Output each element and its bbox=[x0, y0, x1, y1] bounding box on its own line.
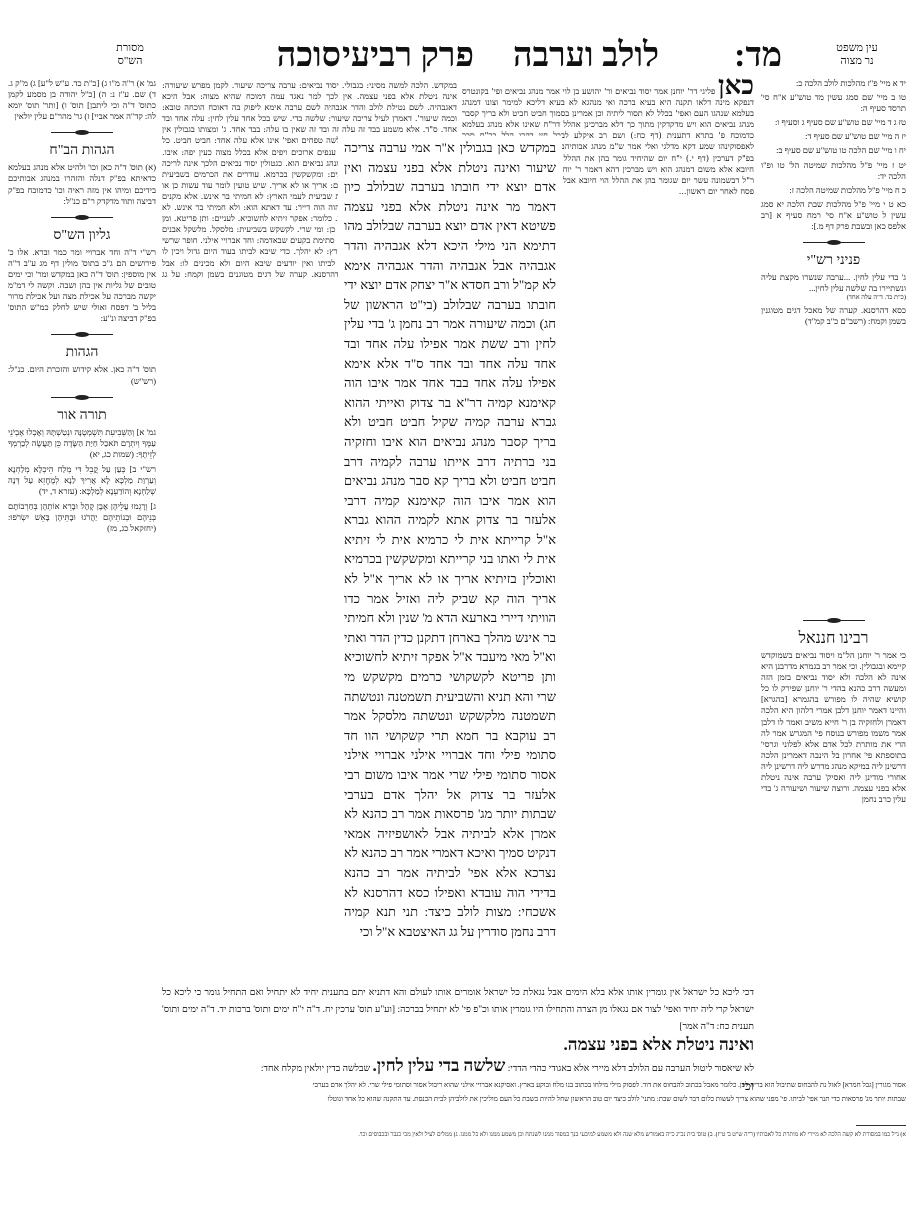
footnotes: א) נ"ל כמו במסורת לא קשה הלכה לא מיירי ל… bbox=[8, 1128, 906, 1142]
rashi-bottom: אסור מגורין [גבל חמרא] לאול נת להבחוס שת… bbox=[8, 1078, 906, 1106]
chapter-name: לולב וערבה bbox=[513, 38, 659, 74]
gilyon-title: גליון הש"ס bbox=[8, 227, 156, 245]
ornament-divider bbox=[803, 240, 865, 246]
tosafot-opening-word: כאן bbox=[718, 71, 754, 100]
ein-mishpat-entry: כא ט י מיי' פ"ל מהלכות שבת הלכה יא סמג ע… bbox=[761, 199, 906, 232]
hagahot-bach-title: הגהות הב"ח bbox=[8, 142, 156, 160]
torah-or-verse: ג] וְרָגְמוּ עֲלֵיהֶן אֶבֶן קָהָל וּבָרֵ… bbox=[8, 501, 156, 534]
rabbeinu-chananel-title: רבינו חננאל bbox=[761, 630, 906, 648]
gemara-text-block: במקדש כאן בגבולין א"ר אמי ערבה צריכה שיע… bbox=[338, 136, 562, 943]
ein-mishpat-entry: יח ו מיי' שם הלכה טו טוש"ע שם סעיף ב: bbox=[761, 145, 906, 156]
masoret-gemara-refs: גמ' א) ר"ה מ"ו ג) [כ"ת כד. ע"ש ל"ע] ג) מ… bbox=[8, 78, 156, 122]
ornament-divider bbox=[51, 395, 113, 401]
page-header: עין משפט נר מצוה מד: לולב וערבה פרק רביע… bbox=[0, 38, 914, 74]
torah-or-title: תורה אור bbox=[8, 407, 156, 425]
ornament-divider bbox=[51, 332, 113, 338]
masoret-column: גמ' א) ר"ה מ"ו ג) [כ"ת כד. ע"ש ל"ע] ג) מ… bbox=[8, 78, 156, 534]
ornament-divider bbox=[803, 618, 865, 624]
hagahot-title: הגהות bbox=[8, 344, 156, 362]
tractate-name: סוכה bbox=[277, 38, 341, 74]
ein-mishpat-label: עין משפט נר מצוה bbox=[822, 42, 892, 68]
masoret-label: מסורת הש"ס bbox=[100, 42, 160, 68]
ein-mishpat-entry: יד א מיי' פ"ז מהלכות לולב הלכה כ: bbox=[761, 78, 906, 89]
talmud-page: עין משפט נר מצוה מד: לולב וערבה פרק רביע… bbox=[0, 0, 914, 1213]
pninei-rashi-entry: ג' בדי עלין לחין. ...ערבה שנשרו מקצת עלי… bbox=[761, 272, 906, 294]
rabbeinu-chananel-column: רבינו חננאל כי אמר ר' יוחנן הל"מ ויסוד נ… bbox=[761, 610, 906, 805]
pninei-rashi-entry: כסא דהרסנא. קערה של מאכל דגים מטוגנין בש… bbox=[761, 305, 906, 327]
pninei-rashi-title: פניני רש"י bbox=[761, 252, 906, 270]
hagahot-text: תוס' ד"ה כאן. אלא קידוש והזכרת היום. כנ"… bbox=[8, 364, 156, 386]
ornament-divider bbox=[51, 215, 113, 221]
ein-mishpat-entry: טז ג ד מיי' שם טוש"ע שם סעיף ג וסעיף ו: bbox=[761, 117, 906, 128]
daf-number: מד: bbox=[734, 38, 782, 74]
ein-mishpat-entry: טו ב מיי' שם סמג עשין מד טוש"ע א"ח סי' ת… bbox=[761, 92, 906, 114]
big-phrase: ואינה ניטלת אלא בפני עצמה. bbox=[564, 1035, 754, 1054]
footnote-divider bbox=[856, 1125, 906, 1126]
ein-mishpat-entry: יט ז מיי' פ"ל מהלכות שמיטה הל' טו ופ"ו ה… bbox=[761, 160, 906, 182]
ein-mishpat-entry: כ ח מיי' פ"ל מהלכות שמיטה הלכה ז: bbox=[761, 185, 906, 196]
ein-mishpat-column: יד א מיי' פ"ז מהלכות לולב הלכה כ: טו ב מ… bbox=[761, 78, 906, 328]
ornament-divider bbox=[51, 130, 113, 136]
pninei-rashi-source: (כ"ת כד. ד"ה עלה אחד) bbox=[761, 294, 906, 302]
perek-label: פרק רביעי bbox=[342, 38, 474, 74]
torah-or-verse: גמ' א] וְהַשְּׁבִיעִת תִּשְׁמְטֶנָּה וּנ… bbox=[8, 427, 156, 460]
torah-or-verse: רש"י ב] כְּעַן עַל קֳבֵל דִּי מְלַח הֵיכ… bbox=[8, 464, 156, 497]
rabbeinu-chananel-text: כי אמר ר' יוחנן הל"מ ויסוד נביאים בשמוקד… bbox=[761, 650, 906, 805]
gilyon-text: רש"י ד"ה וחד אברויי ומר כמר וברא. אלו כ'… bbox=[8, 247, 156, 325]
gemara-text: במקדש כאן בגבולין א"ר אמי ערבה צריכה שיע… bbox=[344, 138, 556, 941]
hagahot-bach-text: (א) תוס' ד"ה כאן וכו' ולהיט אלא מנהג בעל… bbox=[8, 162, 156, 206]
big-phrase: שלשה בדי עלין לחין. bbox=[373, 1056, 506, 1075]
ein-mishpat-entry: יז ה מיי' שם טוש"ע שם סעיף ד: bbox=[761, 131, 906, 142]
